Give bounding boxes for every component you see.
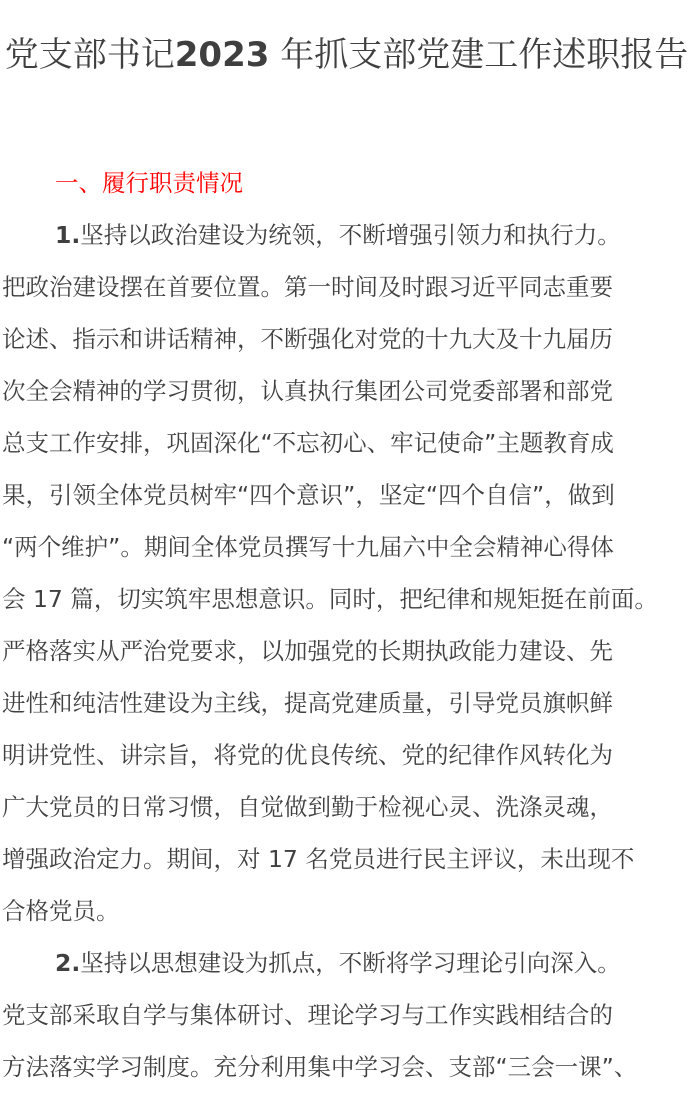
paragraph-line: 总支工作安排，巩固深化“不忘初心、牢记使命”主题教育成 [2,428,614,458]
paragraph-line: 论述、指示和讲话精神，不断强化对党的十九大及十九届历 [2,324,613,354]
paragraph-line: 增强政治定力。期间，对 17 名党员进行民主评议，未出现不 [2,844,634,874]
paragraph-line: 明讲党性、讲宗旨，将党的优良传统、党的纪律作风转化为 [2,740,613,770]
paragraph-line: 把政治建设摆在首要位置。第一时间及时跟习近平同志重要 [2,272,613,302]
item2-lead: 坚持以思想建设为抓点，不断将学习理论引向深入。 [80,949,621,977]
paragraph-line: “两个维护”。期间全体党员撰写十九届六中全会精神心得体 [2,532,614,562]
paragraph-line: 严格落实从严治党要求，以加强党的长期执政能力建设、先 [2,636,613,666]
item2-lead-line: 2.坚持以思想建设为抓点，不断将学习理论引向深入。 [55,948,621,978]
item1-number: 1. [55,221,80,249]
item2-number: 2. [55,949,80,977]
paragraph-line: 次全会精神的学习贯彻，认真执行集团公司党委部署和部党 [2,376,613,406]
paragraph-line: 方法落实学习制度。充分利用集中学习会、支部“三会一课”、 [2,1052,637,1082]
document-title: 党支部书记2023 年抓支部党建工作述职报告 [0,30,693,80]
item1-lead-line: 1.坚持以政治建设为统领，不断增强引领力和执行力。 [55,220,621,250]
paragraph-line: 会 17 篇，切实筑牢思想意识。同时，把纪律和规矩挺在前面。 [2,584,658,614]
item1-lead: 坚持以政治建设为统领，不断增强引领力和执行力。 [80,221,621,249]
paragraph-line: 广大党员的日常习惯，自觉做到勤于检视心灵、洗涤灵魂， [2,792,613,822]
paragraph-line: 果，引领全体党员树牢“四个意识”，坚定“四个自信”，做到 [2,480,615,510]
paragraph-line: 进性和纯洁性建设为主线，提高党建质量，引导党员旗帜鲜 [2,688,613,718]
title-part2: 年抓支部党建工作述职报告 [280,35,688,75]
title-part1: 党支部书记 [5,35,175,75]
section-heading: 一、履行职责情况 [55,168,243,198]
title-year: 2023 [175,35,270,75]
paragraph-line: 合格党员。 [2,896,120,926]
paragraph-line: 党支部采取自学与集体研讨、理论学习与工作实践相结合的 [2,1000,613,1030]
